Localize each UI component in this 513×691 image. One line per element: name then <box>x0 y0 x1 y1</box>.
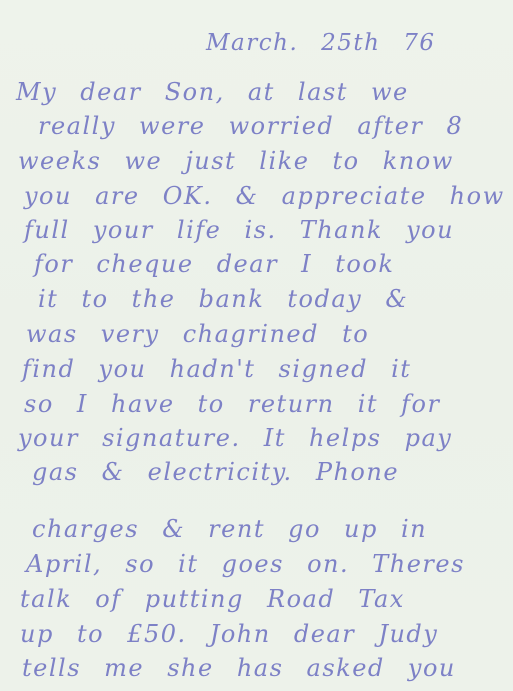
letter-paper: March. 25th 76 My dear Son, at last we r… <box>0 0 513 691</box>
letter-line: My dear Son, at last we <box>16 78 409 106</box>
letter-line: it to the bank today & <box>38 285 408 313</box>
letter-line: so I have to return it for <box>24 390 440 418</box>
letter-line: gas & electricity. Phone <box>32 458 399 486</box>
letter-line: you are OK. & appreciate how <box>24 182 505 210</box>
letter-line: full your life is. Thank you <box>24 216 454 244</box>
letter-line: really were worried after 8 <box>38 112 463 140</box>
letter-line: up to £50. John dear Judy <box>20 620 438 648</box>
letter-line: find you hadn't signed it <box>22 355 411 383</box>
letter-line: for cheque dear I took <box>34 250 394 278</box>
letter-line: charges & rent go up in <box>32 515 427 543</box>
letter-line: was very chagrined to <box>26 320 369 348</box>
letter-date: March. 25th 76 <box>206 30 435 56</box>
letter-line: talk of putting Road Tax <box>20 585 405 613</box>
letter-line: your signature. It helps pay <box>18 424 452 452</box>
letter-line: weeks we just like to know <box>18 147 454 175</box>
letter-line: April, so it goes on. Theres <box>26 550 465 578</box>
letter-line: tells me she has asked you <box>22 654 456 682</box>
